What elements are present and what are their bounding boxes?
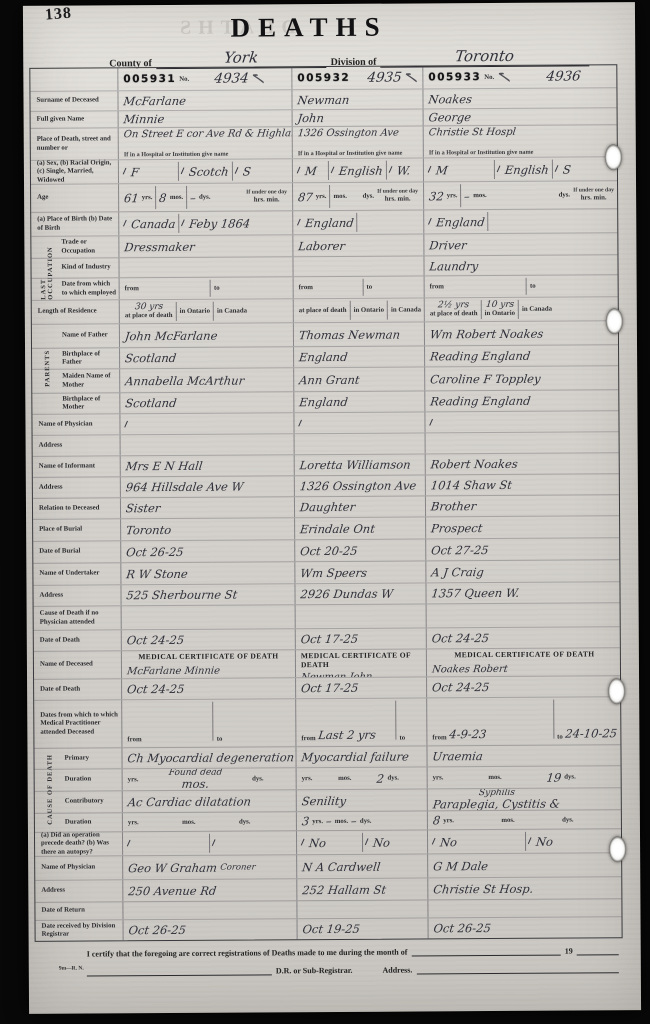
cell-employed-1: fromto bbox=[119, 277, 293, 299]
printed-label: No. bbox=[179, 75, 189, 82]
printed-label: mos. bbox=[501, 816, 514, 823]
printed-label: hrs. min. bbox=[385, 196, 411, 203]
cell-address4-1: 250 Avenue Rd bbox=[122, 879, 296, 901]
handwritten-text: John bbox=[297, 111, 325, 125]
printed-label: dys. bbox=[562, 816, 574, 823]
cell-divider bbox=[210, 280, 211, 297]
printed-label: yrs. bbox=[128, 819, 139, 826]
handwritten-text: Daughter bbox=[299, 500, 356, 514]
handwritten-text: McFarlane bbox=[123, 93, 187, 107]
printed-label: yrs. bbox=[142, 194, 153, 201]
cell-mother-1: Annabella McArthur bbox=[119, 368, 293, 392]
check-tick-icon bbox=[297, 167, 303, 175]
cell-sex-1: FScotchS bbox=[118, 159, 292, 183]
value-over-label: 2½ yrsat place of death bbox=[430, 301, 478, 318]
printed-label: yrs. bbox=[302, 775, 313, 782]
check-tick-icon bbox=[432, 838, 438, 846]
cell-address1-1 bbox=[120, 434, 294, 455]
division-value: Toronto bbox=[454, 47, 515, 65]
check-tick-icon bbox=[127, 840, 133, 848]
printed-label: from bbox=[432, 734, 446, 741]
handwritten-text: Ch Myocardial degeneration bbox=[127, 750, 295, 765]
handwritten-text: Newman John bbox=[300, 672, 372, 677]
handwritten-text: No bbox=[439, 835, 458, 849]
handwritten-text: Oct 17-25 bbox=[300, 681, 359, 695]
cell-attended-2: fromLast 2 yrsto bbox=[295, 698, 426, 746]
cell-surname-2: Newman bbox=[291, 89, 422, 109]
printed-label: dys. bbox=[564, 774, 576, 781]
handwritten-text: Ac Cardiac dilatation bbox=[127, 794, 252, 809]
row-industry: Kind of IndustryLaundry bbox=[31, 254, 617, 278]
handwritten-text: Oct 24-25 bbox=[431, 680, 490, 694]
row-sex: (a) Sex, (b) Racial Origin, (c) Single, … bbox=[31, 156, 617, 184]
handwritten-text: George bbox=[428, 110, 472, 124]
check-tick-icon bbox=[555, 165, 561, 173]
cell-divider bbox=[494, 160, 495, 179]
handwritten-text: 19 bbox=[546, 770, 562, 784]
cell-dur2-1: yrs.mos.dys. bbox=[122, 812, 296, 831]
cell-divider bbox=[460, 184, 461, 207]
registrar-line: D.R. or Sub-Registrar. Address. bbox=[87, 964, 619, 976]
cell-pod-2: 1326 Ossington AveIf in a Hospital or In… bbox=[292, 126, 423, 158]
handwritten-text: Oct 26-25 bbox=[128, 923, 187, 937]
row-received: Date received by Division RegistrarOct 2… bbox=[36, 916, 622, 941]
cell-bpfather-1: Scotland bbox=[119, 347, 293, 368]
cell-contributory-1: Ac Cardiac dilatation bbox=[122, 790, 296, 812]
check-mark-icon: ✓ bbox=[489, 68, 518, 85]
cell-given-3: George bbox=[423, 108, 619, 125]
cell-industry-3: Laundry bbox=[423, 255, 619, 275]
cell-burialdate-3: Oct 27-25 bbox=[425, 538, 621, 560]
handwritten-text: – bbox=[189, 190, 196, 204]
year-prefix: 19 bbox=[565, 947, 573, 956]
handwritten-text: Wm Robert Noakes bbox=[429, 326, 544, 341]
handwritten-text: 252 Hallam St bbox=[302, 882, 387, 897]
punch-hole-icon bbox=[608, 678, 625, 704]
registrar-label: D.R. or Sub-Registrar. bbox=[276, 966, 353, 975]
handwritten-text: 61 bbox=[123, 191, 139, 205]
row-primary: PrimaryCh Myocardial degenerationMyocard… bbox=[34, 744, 620, 769]
row-label: Place of Death, street and number or bbox=[31, 128, 118, 160]
cell-received-3: Oct 26-25 bbox=[428, 917, 624, 938]
check-tick-icon bbox=[123, 168, 129, 176]
row-bpmother: Birthplace of MotherScotlandEnglandReadi… bbox=[32, 389, 618, 414]
cell-birth-2: England bbox=[292, 210, 423, 234]
cell-dod2-2: Oct 17-25 bbox=[295, 677, 426, 698]
row-mother: Maiden Name of MotherAnnabella McArthurA… bbox=[32, 365, 618, 393]
cell-medcert-1: MEDICAL CERTIFICATE OF DEATHMcFarlane Mi… bbox=[121, 650, 295, 678]
cell-address3-1: 525 Sherbourne St bbox=[120, 584, 294, 605]
registration-stamp-number: 005933 bbox=[428, 71, 481, 83]
cell-return-2 bbox=[296, 900, 427, 918]
handwritten-text: mos. bbox=[181, 779, 210, 791]
cell-relation-1: Sister bbox=[120, 497, 294, 518]
handwritten-text: Thomas Newman bbox=[298, 327, 401, 342]
cell-divider bbox=[350, 301, 351, 320]
cell-divider bbox=[553, 700, 554, 739]
cell-physician2-3: G M Dale bbox=[427, 853, 623, 877]
cell-bpmother-2: England bbox=[293, 391, 424, 412]
handwritten-text: Oct 24-25 bbox=[126, 682, 185, 696]
cell-industry-2 bbox=[292, 256, 423, 276]
row-label: Date received by Division Registrar bbox=[36, 920, 123, 941]
cell-employed-2: fromto bbox=[293, 276, 424, 298]
handwritten-text: Oct 20-25 bbox=[299, 543, 358, 557]
row-pod: Place of Death, street and number orOn S… bbox=[31, 124, 617, 160]
cell-trade-2: Laborer bbox=[292, 234, 423, 256]
row-surname: Surname of DeceasedMcFarlaneNewmanNoakes bbox=[30, 87, 616, 111]
row-address4: Address250 Avenue Rd252 Hallam StChristi… bbox=[35, 876, 621, 902]
cell-bpfather-2: England bbox=[293, 346, 424, 367]
section-label: CAUSE OF DEATH bbox=[43, 748, 57, 832]
cell-regs-1: 005931No.4934✓ bbox=[117, 67, 291, 90]
row-contributory: ContributoryAc Cardiac dilatationSenilit… bbox=[35, 787, 621, 813]
cell-relation-3: Brother bbox=[425, 495, 621, 516]
handwritten-text: 2 bbox=[376, 771, 385, 785]
printed-label: yrs. bbox=[443, 817, 454, 824]
cell-divider bbox=[395, 701, 396, 740]
row-label: Name of Deceased bbox=[34, 651, 121, 679]
handwritten-text: Sister bbox=[125, 501, 161, 515]
row-residence: Length of Residence30 yrsat place of dea… bbox=[32, 296, 618, 324]
handwritten-text: W. bbox=[396, 163, 411, 177]
cell-address2-3: 1014 Shaw St bbox=[425, 474, 621, 495]
check-tick-icon bbox=[497, 165, 503, 173]
handwritten-text: 32 bbox=[428, 189, 444, 203]
cell-primary-2: Myocardial failure bbox=[295, 746, 426, 767]
handwritten-text: – bbox=[464, 189, 471, 203]
cell-address3-2: 2926 Dundas W bbox=[294, 583, 425, 604]
handwritten-text: Brother bbox=[430, 499, 477, 513]
row-label: Date of Return bbox=[35, 902, 122, 920]
handwritten-text: No bbox=[535, 834, 554, 848]
cell-divider bbox=[328, 161, 329, 180]
printed-label: yrs. bbox=[312, 818, 323, 825]
row-father: Name of FatherJohn McFarlaneThomas Newma… bbox=[32, 320, 618, 348]
row-dur2: Durationyrs.mos.dys.3yrs.–mos.–dys.8yrs.… bbox=[35, 809, 621, 832]
handwritten-text: England bbox=[435, 215, 485, 229]
printed-label: to bbox=[530, 283, 536, 290]
cell-age-1: 61yrs.8mos.–dys.If under one dayhrs. min… bbox=[118, 183, 292, 211]
handwritten-text: On Street E cor Ave Rd & Highland ave bbox=[123, 128, 292, 140]
year-blank bbox=[577, 946, 619, 955]
certify-text: I certify that the foregoing are correct… bbox=[87, 948, 408, 959]
section-label: LAST OCCUPATION bbox=[40, 236, 53, 300]
cell-burialdate-2: Oct 20-25 bbox=[294, 539, 425, 561]
row-address2: Address964 Hillsdale Ave W1326 Ossington… bbox=[33, 473, 619, 498]
printed-label: from bbox=[299, 284, 313, 291]
cell-divider bbox=[387, 301, 388, 320]
handwritten-text: Dressmaker bbox=[124, 239, 196, 253]
row-label: Relation to Deceased bbox=[33, 498, 120, 519]
cell-contributory-2: Senility bbox=[296, 789, 427, 811]
cell-sex-3: MEnglishS bbox=[423, 157, 619, 181]
handwritten-text: Caroline F Toppley bbox=[429, 371, 541, 386]
handwritten-text: A J Craig bbox=[431, 565, 485, 579]
row-dur1: Durationyrs.Found deadmos.dys.yrs.mos.2d… bbox=[35, 765, 621, 791]
handwritten-text: Senility bbox=[301, 793, 347, 807]
printed-label: from bbox=[301, 735, 315, 742]
medical-certificate-heading: MEDICAL CERTIFICATE OF DEATH bbox=[301, 650, 421, 669]
paper: 138 DEATHS DEATHS County of York Divisio… bbox=[23, 2, 641, 1014]
cell-received-2: Oct 19-25 bbox=[297, 918, 428, 939]
check-tick-icon bbox=[123, 220, 129, 228]
row-label: Date of Death bbox=[34, 630, 121, 651]
cell-primary-1: Ch Myocardial degeneration bbox=[121, 747, 295, 768]
check-tick-icon bbox=[124, 420, 130, 428]
handwritten-text: Erindale Ont bbox=[299, 521, 375, 535]
row-burialdate: Date of BurialOct 26-25Oct 20-25Oct 27-2… bbox=[33, 537, 619, 563]
row-undertaker: Name of UndertakerR W StoneWm SpeersA J … bbox=[33, 559, 619, 585]
cell-undertaker-1: R W Stone bbox=[120, 562, 294, 584]
handwritten-text: Annabella McArthur bbox=[124, 373, 245, 388]
row-birth: (a) Place of Birth (b) Date of BirthCana… bbox=[31, 208, 617, 236]
handwritten-text: England bbox=[304, 215, 354, 229]
handwritten-text: Loretta Williamson bbox=[299, 458, 412, 473]
row-label: Name of Informant bbox=[33, 456, 120, 477]
cell-residence-3: 2½ yrsat place of death10 yrsin Ontarioi… bbox=[424, 297, 620, 321]
value-over-label: 10 yrsin Ontario bbox=[485, 301, 516, 318]
handwritten-text: English bbox=[338, 163, 383, 177]
check-tick-icon bbox=[212, 839, 218, 847]
check-tick-icon bbox=[181, 167, 187, 175]
row-label: Address bbox=[35, 880, 122, 902]
cell-address4-2: 252 Hallam St bbox=[296, 878, 427, 900]
handwritten-text: N A Cardwell bbox=[301, 859, 381, 873]
check-tick-icon bbox=[528, 837, 534, 845]
cell-birth-3: England bbox=[423, 209, 619, 233]
cell-father-1: John McFarlane bbox=[119, 323, 293, 347]
row-attended: Dates from which to which Medical Practi… bbox=[34, 696, 620, 748]
handwritten-text: Paraplegia, Cystitis & bbox=[432, 798, 560, 810]
row-bpfather: Birthplace of FatherScotlandEnglandReadi… bbox=[32, 344, 618, 369]
row-causenophys: Cause of Death if no Physician attended bbox=[34, 602, 620, 630]
cell-relation-2: Daughter bbox=[294, 496, 425, 517]
printed-label: dys. bbox=[252, 775, 264, 782]
signature-blank bbox=[87, 966, 272, 976]
cell-causenophys-3 bbox=[426, 603, 622, 627]
handwritten-text: Mrs E N Hall bbox=[125, 459, 203, 473]
printed-label: from bbox=[125, 285, 139, 292]
check-tick-icon bbox=[330, 166, 336, 174]
handwritten-text: Feby 1864 bbox=[189, 216, 252, 230]
cell-contributory-3: SyphilisParaplegia, Cystitis & bbox=[427, 788, 623, 810]
medical-certificate-heading: MEDICAL CERTIFICATE OF DEATH bbox=[454, 649, 594, 659]
printed-label: in Canada bbox=[391, 306, 421, 313]
cell-industry-1 bbox=[118, 257, 292, 277]
handwritten-text: Oct 26-25 bbox=[433, 921, 492, 935]
handwritten-text: Canada bbox=[130, 216, 176, 230]
cell-pod-3: Christie St HosplIf in a Hospital or Ins… bbox=[423, 125, 619, 157]
handwritten-text: 964 Hillsdale Ave W bbox=[125, 480, 244, 495]
row-physician1: Name of Physician bbox=[32, 410, 618, 435]
row-label: Name of Physician bbox=[35, 856, 122, 880]
cell-divider bbox=[178, 214, 179, 233]
row-medcert: Name of DeceasedMEDICAL CERTIFICATE OF D… bbox=[34, 647, 620, 679]
row-label: Cause of Death if no Physician attended bbox=[34, 606, 121, 630]
handwritten-text: Oct 17-25 bbox=[300, 632, 359, 646]
cell-burialplace-1: Toronto bbox=[120, 518, 294, 540]
cell-dur1-1: yrs.Found deadmos.dys. bbox=[122, 768, 296, 790]
handwritten-text: Scotland bbox=[124, 351, 177, 365]
printed-label: to bbox=[217, 736, 223, 743]
cell-causenophys-2 bbox=[295, 604, 426, 628]
printed-label: yrs. bbox=[128, 776, 139, 783]
cell-burialplace-2: Erindale Ont bbox=[294, 517, 425, 539]
handwritten-superscript: Coroner bbox=[219, 862, 256, 872]
handwritten-text: 10 yrs bbox=[485, 301, 514, 310]
cell-age-3: 32yrs.–mos.dys.If under one dayhrs. min. bbox=[423, 181, 619, 209]
handwritten-text: No bbox=[372, 835, 391, 849]
row-label: Surname of Deceased bbox=[30, 91, 117, 111]
cell-mother-2: Ann Grant bbox=[293, 367, 424, 391]
printed-note: If under one day bbox=[246, 190, 287, 197]
printed-label: in Ontario bbox=[180, 308, 210, 315]
printed-label: dys. bbox=[559, 192, 571, 199]
handwritten-text: Prospect bbox=[430, 521, 483, 535]
handwritten-text: English bbox=[504, 162, 549, 176]
check-tick-icon bbox=[428, 218, 434, 226]
printed-note: If in a Hospital or Institution give nam… bbox=[124, 151, 229, 159]
cell-dod1-2: Oct 17-25 bbox=[295, 628, 426, 649]
row-label: Address bbox=[33, 435, 120, 456]
cell-return-1 bbox=[122, 901, 296, 919]
handwritten-text: Reading England bbox=[430, 394, 532, 409]
row-label: (a) Did an operation precede death? (b) … bbox=[35, 832, 122, 856]
county-value: York bbox=[223, 48, 259, 66]
printed-label: mos. bbox=[333, 193, 346, 200]
cell-regs-3: 005933No.✓4936 bbox=[422, 65, 618, 88]
row-employed: Date from which to which employedfromtof… bbox=[32, 274, 618, 300]
row-address1: Address bbox=[33, 431, 619, 456]
punch-hole-icon bbox=[606, 308, 623, 334]
handwritten-text: Last 2 yrs bbox=[318, 728, 377, 742]
cell-age-2: 87yrs.mos.dys.If under one dayhrs. min. bbox=[292, 182, 423, 210]
printed-label: to bbox=[399, 735, 405, 742]
row-label: Name of Physician bbox=[32, 414, 119, 435]
handwritten-text: England bbox=[299, 395, 349, 409]
handwritten-text: Noakes bbox=[428, 92, 473, 106]
handwritten-text: Minnie bbox=[123, 112, 165, 126]
handwritten-text: England bbox=[298, 350, 348, 364]
cell-divider bbox=[176, 302, 177, 321]
cell-surname-3: Noakes bbox=[422, 88, 618, 108]
printed-label: at place of death bbox=[299, 307, 347, 314]
handwritten-text: – bbox=[350, 814, 357, 828]
address-blank bbox=[416, 964, 619, 974]
cell-dur2-2: 3yrs.–mos.–dys. bbox=[296, 811, 427, 830]
printed-label: dys. bbox=[387, 775, 399, 782]
printed-unit-note: If under one dayhrs. min. bbox=[573, 188, 614, 202]
cell-divider bbox=[526, 278, 527, 295]
row-label: Dates from which to which Medical Practi… bbox=[34, 700, 121, 748]
printed-label: dys. bbox=[363, 193, 375, 200]
cell-informant-1: Mrs E N Hall bbox=[120, 455, 294, 476]
cell-divider bbox=[209, 834, 210, 853]
printed-label: at place of death bbox=[430, 311, 478, 318]
row-trade: Trade or OccupationDressmakerLaborerDriv… bbox=[31, 232, 617, 258]
handwritten-text: S bbox=[562, 162, 572, 176]
handwritten-text: 30 yrs bbox=[134, 303, 163, 312]
check-tick-icon bbox=[388, 166, 394, 174]
cell-dod1-1: Oct 24-25 bbox=[121, 629, 295, 650]
row-address3: Address525 Sherbourne St2926 Dundas W135… bbox=[33, 581, 619, 606]
printed-label: yrs. bbox=[433, 774, 444, 781]
handwritten-text: No bbox=[308, 836, 327, 850]
check-tick-icon bbox=[298, 419, 304, 427]
punch-hole-icon bbox=[609, 836, 626, 862]
address-label: Address. bbox=[382, 966, 412, 975]
printed-label: at place of death bbox=[125, 313, 173, 320]
row-label: Place of Burial bbox=[33, 519, 120, 541]
check-tick-icon bbox=[429, 418, 435, 426]
scanned-ledger-page: 138 DEATHS DEATHS County of York Divisio… bbox=[0, 0, 650, 1024]
cell-causenophys-1 bbox=[121, 605, 295, 629]
cell-bpmother-1: Scotland bbox=[119, 392, 293, 413]
handwritten-text: 250 Avenue Rd bbox=[128, 883, 218, 898]
handwritten-text: 1357 Queen W. bbox=[431, 586, 521, 601]
row-dod1: Date of DeathOct 24-25Oct 17-25Oct 24-25 bbox=[34, 626, 620, 651]
certification-footer: I certify that the foregoing are correct… bbox=[87, 946, 619, 985]
printed-label: mos. bbox=[473, 192, 486, 199]
cell-dur1-2: yrs.mos.2dys. bbox=[296, 767, 427, 789]
handwritten-text: Newman bbox=[297, 92, 351, 106]
handwritten-text: Wm Speers bbox=[300, 565, 368, 579]
handwritten-text: Oct 27-25 bbox=[430, 543, 489, 557]
row-label: Date of Burial bbox=[33, 541, 120, 563]
cell-undertaker-2: Wm Speers bbox=[294, 561, 425, 583]
cell-employed-3: fromto bbox=[424, 275, 620, 297]
handwritten-text: 4-9-23 bbox=[449, 727, 488, 741]
row-label: (a) Sex, (b) Racial Origin, (c) Single, … bbox=[31, 160, 118, 184]
handwritten-text: Christie St Hosp. bbox=[433, 881, 535, 896]
handwritten-text: Laundry bbox=[429, 259, 479, 273]
printed-label: mos. bbox=[335, 817, 348, 824]
row-operation: (a) Did an operation precede death? (b) … bbox=[35, 828, 621, 856]
registration-stamp-number: 005931 bbox=[123, 73, 176, 85]
cell-father-3: Wm Robert Noakes bbox=[424, 321, 620, 345]
cell-operation-2: NoNo bbox=[296, 830, 427, 854]
printed-label: yrs. bbox=[316, 193, 327, 200]
cell-bpfather-3: Reading England bbox=[424, 345, 620, 366]
printed-label: mos. bbox=[170, 194, 183, 201]
cell-attended-1: fromto bbox=[121, 699, 295, 747]
cell-undertaker-3: A J Craig bbox=[425, 560, 621, 582]
cell-divider bbox=[488, 212, 489, 231]
page-title: DEATHS bbox=[23, 10, 595, 44]
stacked-handwriting: Found deadmos. bbox=[168, 768, 222, 790]
cell-divider bbox=[518, 300, 519, 319]
printed-note: If in a Hospital or Institution give nam… bbox=[298, 150, 403, 158]
handwritten-text: Robert Noakes bbox=[430, 457, 519, 472]
handwritten-text: McFarlane Minnie bbox=[126, 666, 220, 678]
cell-divider bbox=[357, 213, 358, 232]
handwritten-text: Oct 24-25 bbox=[126, 633, 185, 647]
printed-label: from bbox=[430, 283, 444, 290]
handwritten-text: John McFarlane bbox=[124, 328, 218, 343]
cell-divider bbox=[552, 160, 553, 179]
cell-burialplace-3: Prospect bbox=[425, 516, 621, 538]
cell-divider bbox=[385, 161, 386, 180]
handwritten-text: Driver bbox=[429, 238, 468, 252]
handwritten-text: Oct 26-25 bbox=[125, 544, 184, 558]
handwritten-text: 1326 Ossington Ave bbox=[299, 478, 417, 493]
cell-operation-3: NoNo bbox=[427, 829, 623, 853]
printed-label: dys. bbox=[239, 818, 251, 825]
printed-label: to bbox=[214, 285, 220, 292]
cell-divider bbox=[362, 279, 363, 296]
cell-dod1-3: Oct 24-25 bbox=[426, 627, 622, 648]
